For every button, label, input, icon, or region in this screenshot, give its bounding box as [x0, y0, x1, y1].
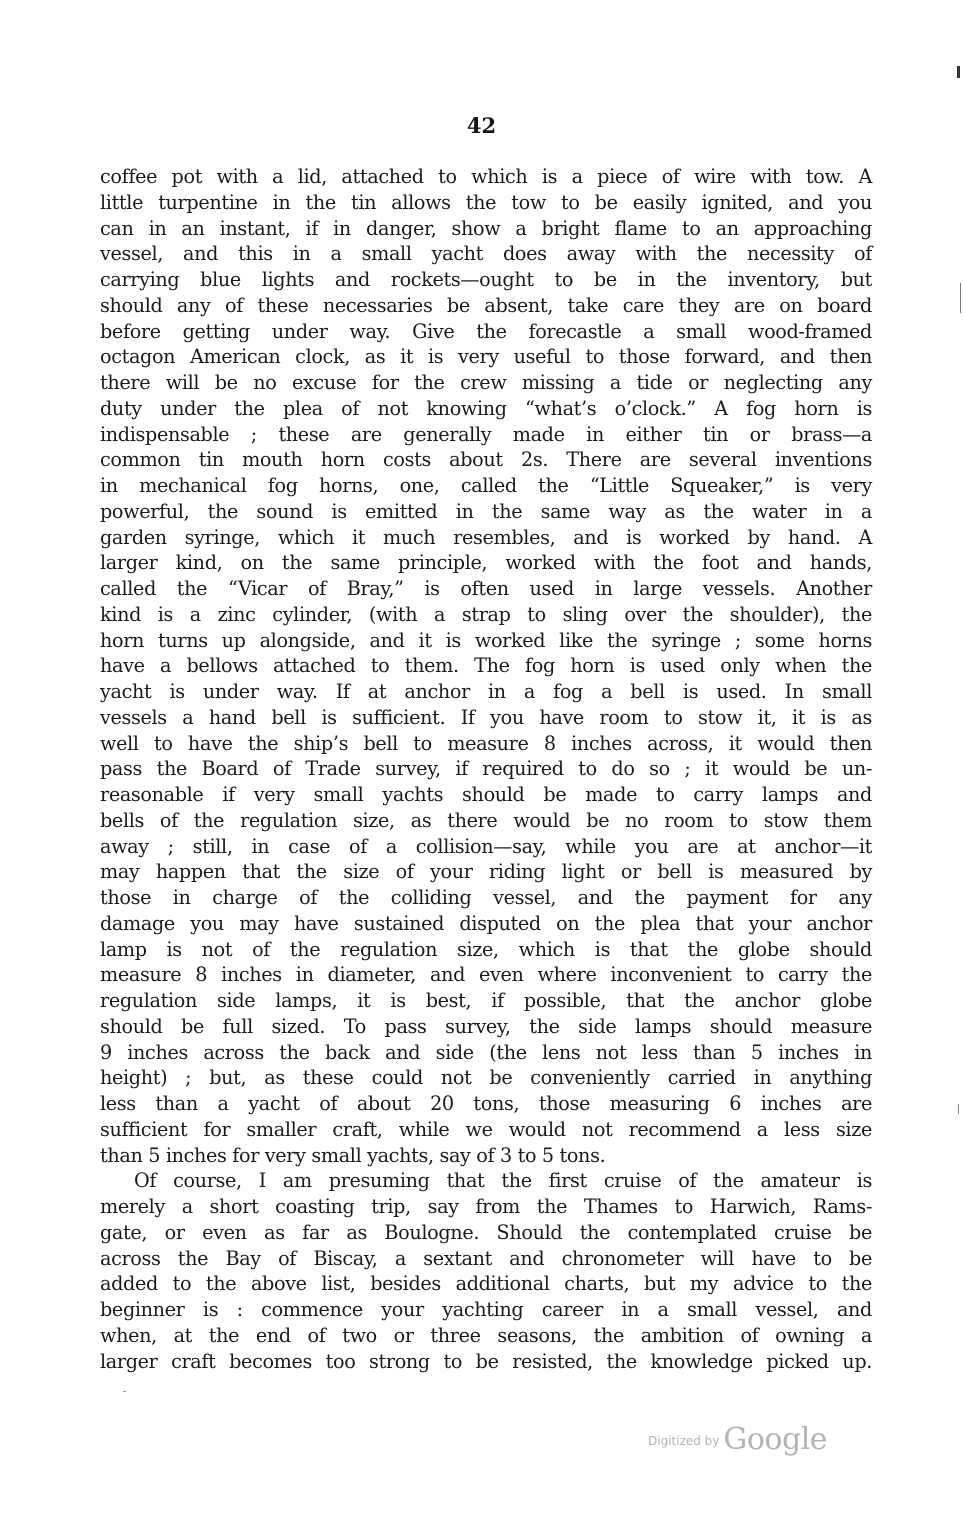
paragraph-end-line: than 5 inches for very small yachts, say…	[100, 1143, 872, 1169]
google-logo-text: Google	[723, 1422, 827, 1457]
text-line: gate, or even as far as Boulogne. Should…	[100, 1220, 872, 1246]
text-line: have a bellows attached to them. The fog…	[100, 653, 872, 679]
text-line: carrying blue lights and rockets—ought t…	[100, 267, 872, 293]
text-line: lamp is not of the regulation size, whic…	[100, 937, 872, 963]
text-line: coffee pot with a lid, attached to which…	[100, 164, 872, 190]
text-line: octagon American clock, as it is very us…	[100, 344, 872, 370]
text-line: measure 8 inches in diameter, and even w…	[100, 962, 872, 988]
text-line: damage you may have sustained disputed o…	[100, 911, 872, 937]
text-line: powerful, the sound is emitted in the sa…	[100, 499, 872, 525]
text-line: vessels a hand bell is sufficient. If yo…	[100, 705, 872, 731]
text-line: well to have the ship’s bell to measure …	[100, 731, 872, 757]
page-number: 42	[0, 113, 963, 138]
paragraph-start-line: Of course, I am presuming that the first…	[100, 1168, 872, 1194]
text-line: sufficient for smaller craft, while we w…	[100, 1117, 872, 1143]
text-line: 9 inches across the back and side (the l…	[100, 1040, 872, 1066]
text-line: common tin mouth horn costs about 2s. Th…	[100, 447, 872, 473]
text-line: should be full sized. To pass survey, th…	[100, 1014, 872, 1040]
scan-edge-mark	[960, 283, 961, 313]
text-line: reasonable if very small yachts should b…	[100, 782, 872, 808]
text-line: can in an instant, if in danger, show a …	[100, 216, 872, 242]
text-line: regulation side lamps, it is best, if po…	[100, 988, 872, 1014]
text-line: vessel, and this in a small yacht does a…	[100, 241, 872, 267]
text-line: should any of these necessaries be absen…	[100, 293, 872, 319]
text-line: beginner is : commence your yachting car…	[100, 1297, 872, 1323]
text-line: garden syringe, which it much resembles,…	[100, 525, 872, 551]
text-line: those in charge of the colliding vessel,…	[100, 885, 872, 911]
text-line: called the “Vicar of Bray,” is often use…	[100, 576, 872, 602]
text-line: away ; still, in case of a collision—say…	[100, 834, 872, 860]
text-line: before getting under way. Give the forec…	[100, 319, 872, 345]
text-line: across the Bay of Biscay, a sextant and …	[100, 1246, 872, 1272]
text-line: duty under the plea of not knowing “what…	[100, 396, 872, 422]
text-line: height) ; but, as these could not be con…	[100, 1065, 872, 1091]
text-line: little turpentine in the tin allows the …	[100, 190, 872, 216]
text-line: when, at the end of two or three seasons…	[100, 1323, 872, 1349]
scan-edge-mark	[123, 1391, 126, 1392]
text-line: may happen that the size of your riding …	[100, 859, 872, 885]
body-text: coffee pot with a lid, attached to which…	[100, 164, 872, 1374]
text-line: merely a short coasting trip, say from t…	[100, 1194, 872, 1220]
text-line: horn turns up alongside, and it is worke…	[100, 628, 872, 654]
text-line: larger kind, on the same principle, work…	[100, 550, 872, 576]
text-line: there will be no excuse for the crew mis…	[100, 370, 872, 396]
watermark-prefix: Digitized by	[648, 1434, 719, 1448]
text-line: bells of the regulation size, as there w…	[100, 808, 872, 834]
text-line: less than a yacht of about 20 tons, thos…	[100, 1091, 872, 1117]
scan-edge-mark	[958, 1104, 959, 1114]
digitized-by-google-watermark: Digitized by Google	[648, 1422, 827, 1457]
text-line: larger craft becomes too strong to be re…	[100, 1349, 872, 1375]
text-line: added to the above list, besides additio…	[100, 1271, 872, 1297]
text-line: indispensable ; these are generally made…	[100, 422, 872, 448]
text-line: in mechanical fog horns, one, called the…	[100, 473, 872, 499]
text-line: pass the Board of Trade survey, if requi…	[100, 756, 872, 782]
scan-edge-mark	[957, 66, 960, 78]
text-line: yacht is under way. If at anchor in a fo…	[100, 679, 872, 705]
text-line: kind is a zinc cylinder, (with a strap t…	[100, 602, 872, 628]
